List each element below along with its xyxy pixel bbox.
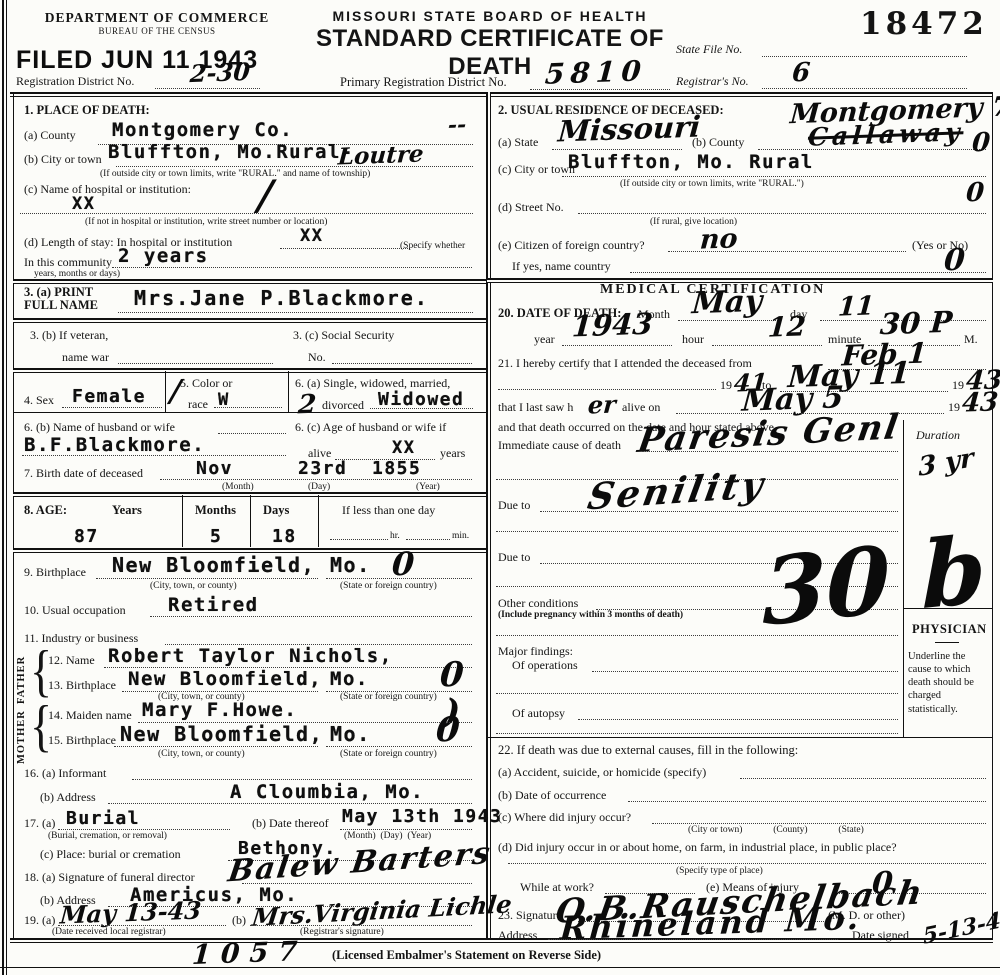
physician-rule	[935, 642, 959, 643]
s8-years-label: Years	[112, 503, 142, 518]
s7-label: 7. Birth date of deceased	[24, 466, 143, 481]
s13-note-state: (State or foreign country)	[340, 692, 437, 702]
s7-month: Nov	[196, 458, 233, 479]
s9-city: New Bloomfield,	[112, 553, 315, 577]
death-certificate-scan: DEPARTMENT OF COMMERCE BUREAU OF THE CEN…	[0, 0, 1000, 975]
s9-note-city: (City, town, or county)	[150, 581, 237, 591]
s17b-label: (b) Date thereof	[252, 816, 329, 831]
state-file-line	[762, 55, 967, 57]
s1-city-line	[116, 165, 473, 167]
full-name-value: Mrs.Jane P.Blackmore.	[134, 286, 429, 310]
s8-min: min.	[452, 531, 469, 541]
s3b-label2: name war	[62, 350, 109, 365]
s3c-label2: No.	[308, 350, 326, 365]
s3c-label1: 3. (c) Social Security	[293, 328, 394, 343]
s19b-label: (b)	[232, 913, 246, 928]
s8-title: 8. AGE:	[24, 503, 67, 518]
major-pre-line	[496, 634, 898, 636]
registration-district-label: Registration District No.	[16, 74, 134, 89]
cause-label: Immediate cause of death	[498, 438, 621, 453]
s7-month-note: (Month)	[222, 482, 254, 492]
s20-day-value: 11	[837, 291, 875, 322]
s20-year-value: 1943	[571, 307, 654, 344]
s21-y3: 43	[961, 387, 999, 418]
s4-divider2	[288, 371, 289, 412]
s12-label: 12. Name	[48, 653, 95, 668]
s5-label2: race	[188, 397, 208, 412]
s20-min-value: 30 P	[879, 305, 954, 342]
s17a-note: (Burial, cremation, or removal)	[48, 831, 167, 841]
s22-c: (c) Where did injury occur?	[498, 810, 631, 825]
s2-mark2: 0	[965, 178, 985, 209]
s6b-value: B.F.Blackmore.	[24, 434, 205, 456]
page-bottom-edge	[0, 967, 1000, 968]
autopsy-label: Of autopsy	[512, 706, 565, 721]
autopsy-line2	[496, 732, 898, 734]
s22-top-rule	[487, 737, 993, 738]
s2-street-line	[578, 212, 986, 214]
s9-line1	[96, 577, 318, 579]
s2-state-line	[552, 148, 682, 150]
s10-line	[150, 615, 472, 617]
s22-c-line	[652, 822, 986, 824]
s2-county-label: (b) County	[692, 135, 744, 150]
s1-stay-note1: (Specify whether	[400, 241, 465, 251]
s15-note-state: (State or foreign country)	[340, 749, 437, 759]
s22-b: (b) Date of occurrence	[498, 788, 606, 803]
s4-value: Female	[72, 386, 146, 407]
s16b-line	[108, 802, 472, 804]
s9-state: Mo.	[330, 553, 371, 577]
s17a-value: Burial	[66, 808, 140, 829]
s2-ifyes-line	[630, 271, 986, 273]
s22-a-line	[740, 777, 986, 779]
s23-addr-line	[548, 938, 838, 940]
s3b-line	[118, 362, 273, 364]
s1-community-line	[112, 266, 472, 268]
s22-b-line	[628, 800, 986, 802]
s22-d-note: (Specify type of place)	[676, 866, 763, 876]
s23-date-label: Date signed	[852, 928, 909, 943]
bureau-title: BUREAU OF THE CENSUS	[22, 26, 292, 36]
s9-note-state: (State or foreign country)	[340, 581, 437, 591]
s23-addr-label: Address	[498, 928, 537, 943]
cause-line	[642, 450, 898, 452]
s1-city-note: (If outside city or town limits, write "…	[100, 169, 370, 179]
s5-mark: /	[169, 374, 182, 409]
s17b-line	[340, 828, 472, 830]
s20-hour-value: 12	[767, 311, 807, 343]
due1-line	[540, 510, 898, 512]
s19b-note: (Registrar's signature)	[300, 927, 384, 937]
s8-div2	[250, 495, 251, 547]
s15-note-city: (City, town, or county)	[158, 749, 245, 759]
s1-community-value: 2 years	[118, 245, 209, 267]
s7-day: 23rd	[298, 458, 347, 479]
s14-label: 14. Maiden name	[48, 708, 132, 723]
s13-city: New Bloomfield,	[128, 668, 322, 690]
s3b-label1: 3. (b) If veteran,	[30, 328, 108, 343]
other-note: (Include pregnancy within 3 months of de…	[498, 610, 683, 620]
footer-code: 1057	[191, 936, 308, 971]
s6c-label3: years	[440, 446, 465, 461]
board-title: MISSOURI STATE BOARD OF HEALTH	[285, 8, 695, 24]
s8-days-label: Days	[263, 503, 289, 518]
primary-registration-label: Primary Registration District No.	[340, 75, 507, 90]
s2-state-value: Missouri	[557, 109, 702, 148]
s14-value: Mary F.Howe.	[142, 699, 297, 721]
s3a-label2: FULL NAME	[24, 298, 98, 313]
s2-state-label: (a) State	[498, 135, 538, 150]
s21-her: er	[587, 389, 617, 419]
s2-city-line	[562, 175, 986, 177]
s21-19a: 19	[720, 378, 732, 393]
registration-district-line	[155, 87, 260, 89]
s9-label: 9. Birthplace	[24, 565, 86, 580]
s20-hour-line	[712, 344, 822, 346]
s16b-label: (b) Address	[40, 790, 96, 805]
autopsy-line	[578, 718, 898, 720]
mother-label: MOTHER	[16, 702, 27, 764]
s21-line1: 21. I hereby certify that I attended the…	[498, 356, 752, 371]
page-left-edge	[2, 0, 7, 975]
s10-value: Retired	[168, 594, 259, 616]
row456-bottom	[13, 412, 486, 413]
s1-bottom-rule	[13, 279, 486, 284]
s7-year-note: (Year)	[416, 482, 440, 492]
certificate-number: 18472	[860, 6, 988, 42]
s2-street-label: (d) Street No.	[498, 200, 564, 215]
s17b-note: (Month) (Day) (Year)	[344, 831, 431, 841]
s23-label: 23. Signature	[498, 908, 562, 923]
s20-month-line	[678, 319, 778, 321]
s1-hospital-line	[20, 212, 473, 214]
s4-label: 4. Sex	[24, 393, 54, 408]
s7-year: 1855	[372, 458, 421, 479]
s17b-value: May 13th 1943	[342, 806, 502, 827]
s2-county-struck: Callaway	[807, 117, 964, 152]
s6b-label: 6. (b) Name of husband or wife	[24, 420, 175, 435]
s20-month-value: May	[691, 284, 763, 322]
s8-div3	[318, 495, 319, 547]
father-label: FATHER	[16, 648, 27, 704]
s9-line2	[326, 577, 472, 579]
s19a-line	[58, 924, 226, 926]
s21-line2: that I last saw h	[498, 400, 573, 415]
s7-line	[160, 478, 472, 480]
s8-less-label: If less than one day	[342, 503, 435, 518]
registration-district-value: 2-30	[189, 57, 251, 88]
s8-hr: hr.	[390, 531, 400, 541]
s12-value: Robert Taylor Nichols,	[108, 645, 393, 667]
operations-label: Of operations	[512, 658, 578, 673]
s6a-label2: divorced	[322, 398, 364, 413]
s22-a: (a) Accident, suicide, or homicide (spec…	[498, 765, 706, 780]
operations-line2	[496, 692, 898, 694]
s19a-label: 19. (a)	[24, 913, 55, 928]
cause-value: Paresis Genl	[635, 407, 903, 461]
s1-stay-line	[280, 247, 410, 249]
s15-label: 15. Birthplace	[48, 733, 116, 748]
s20-year-line	[562, 344, 672, 346]
s6c-value: XX	[392, 438, 415, 458]
s2-mark1: 0	[971, 128, 991, 159]
s8-min-line	[406, 538, 450, 540]
registrar-no-value: 6	[791, 58, 811, 89]
s8-div1	[182, 495, 183, 547]
department-title: DEPARTMENT OF COMMERCE	[22, 10, 292, 26]
s15-line1	[114, 745, 318, 747]
operations-line	[592, 670, 898, 672]
s19b-line	[250, 924, 472, 926]
s3c-line	[332, 362, 472, 364]
right-frame	[992, 92, 993, 940]
s6a-line	[370, 407, 473, 409]
s2-county-line	[758, 148, 986, 150]
physician-note: Underline the cause to which death shoul…	[908, 650, 990, 716]
duration-label: Duration	[916, 428, 960, 443]
s8-months-label: Months	[195, 503, 236, 518]
s8-years: 87	[74, 526, 99, 547]
s1-county-mark: --	[447, 112, 467, 139]
statistical-code: 30 b	[763, 528, 986, 635]
s23-date-value: 5-13-43	[922, 904, 1000, 950]
s5-line	[214, 406, 282, 408]
footer-note: (Licensed Embalmer's Statement on Revers…	[332, 948, 601, 963]
due1-label: Due to	[498, 498, 530, 513]
registrar-no-label: Registrar's No.	[676, 74, 749, 89]
s1-stay-value: XX	[300, 226, 323, 246]
s1-hospital-value: XX	[72, 194, 95, 214]
s15-state: Mo.	[330, 722, 371, 746]
s3a-bottom-rule	[13, 318, 486, 323]
s6b-line1	[218, 432, 286, 434]
s17a-line	[58, 828, 230, 830]
s16a-line	[132, 778, 472, 780]
major-label: Major findings:	[498, 644, 573, 659]
other-label: Other conditions	[498, 596, 578, 611]
primary-registration-value: 5810	[544, 54, 648, 91]
s6a-hand: 2	[297, 390, 317, 421]
s8-days: 18	[272, 526, 297, 547]
s2-citizen-line	[668, 250, 906, 252]
s22-d: (d) Did injury occur in or about home, o…	[498, 840, 897, 855]
s17c-label: (c) Place: burial or cremation	[40, 847, 181, 862]
full-name-line	[118, 311, 473, 313]
s15-city: New Bloomfield,	[120, 722, 323, 746]
s5-label1: 5. Color or	[180, 376, 232, 391]
s20-year-label: year	[534, 332, 555, 347]
s16b-value: A Cloumbia, Mo.	[230, 781, 424, 803]
s2-city-value: Bluffton, Mo. Rural	[568, 151, 814, 173]
s1-city-value: Bluffton, Mo.Rural-	[108, 141, 354, 163]
s1-city-label: (b) City or town	[24, 152, 102, 167]
s3-bottom-rule	[13, 368, 486, 373]
s1-hospital-label: (c) Name of hospital or institution:	[24, 182, 191, 197]
s22-d-line	[508, 862, 986, 864]
s21-19c: 19	[948, 400, 960, 415]
s1-county-value: Montgomery Co.	[112, 119, 293, 141]
s2-ifyes-label: If yes, name country	[512, 259, 611, 274]
primary-registration-line	[530, 88, 670, 90]
s2-city-note: (If outside city or town limits, write "…	[620, 179, 804, 189]
s8-months: 5	[210, 526, 222, 547]
s10-label: 10. Usual occupation	[24, 603, 126, 618]
s18a-label: 18. (a) Signature of funeral director	[24, 870, 195, 885]
s19a-note: (Date received local registrar)	[52, 927, 166, 937]
registrar-no-line	[762, 87, 967, 89]
s13-state: Mo.	[330, 668, 369, 690]
s1-title: 1. PLACE OF DEATH:	[24, 103, 150, 118]
s22-title: 22. If death was due to external causes,…	[498, 743, 798, 758]
s8-hr-line	[330, 538, 388, 540]
s4-line	[62, 406, 162, 408]
s4-divider1	[165, 371, 166, 412]
s7-day-note: (Day)	[308, 482, 330, 492]
s2-mark3: 0	[943, 243, 966, 279]
s1-hospital-note: (If not in hospital or institution, writ…	[85, 217, 327, 227]
s6c-label1: 6. (c) Age of husband or wife if	[295, 420, 446, 435]
s16a-label: 16. (a) Informant	[24, 766, 106, 781]
s1-community-note: years, months or days)	[34, 269, 120, 279]
s1-community-label: In this community	[24, 255, 112, 270]
s20-m-label: M.	[964, 332, 978, 347]
s6b-line2	[22, 454, 286, 456]
s17a-label: 17. (a)	[24, 816, 55, 831]
s15-line2	[326, 745, 472, 747]
state-file-label: State File No.	[676, 42, 742, 57]
s20-hour-label: hour	[682, 332, 704, 347]
s22-c-note: (City or town) (County) (State)	[688, 825, 864, 835]
left-frame	[13, 92, 14, 940]
s13-label: 13. Birthplace	[48, 678, 116, 693]
s2-citizen-label: (e) Citizen of foreign country?	[498, 238, 645, 253]
s1-county-label: (a) County	[24, 128, 76, 143]
due2-label: Due to	[498, 550, 530, 565]
header-left: DEPARTMENT OF COMMERCE BUREAU OF THE CEN…	[22, 10, 292, 36]
s21-line3: alive on	[622, 400, 660, 415]
duration-value: 3 yr	[918, 443, 974, 483]
